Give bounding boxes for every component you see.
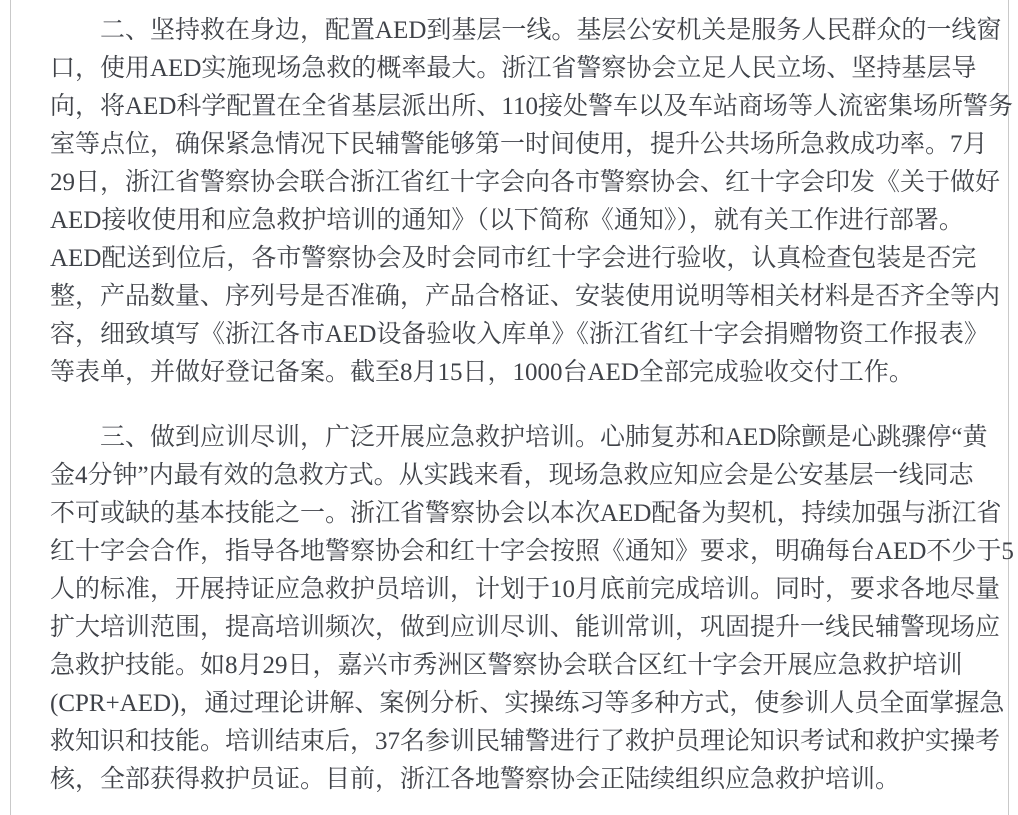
text-line: AED接收使用和应急救护培训的通知》（以下简称《通知》），就有关工作进行部署。: [50, 202, 990, 240]
text-line: 等表单，并做好登记备案。截至8月15日，1000台AED全部完成验收交付工作。: [50, 354, 990, 392]
text-line: 急救护技能。如8月29日，嘉兴市秀洲区警察协会联合区红十字会开展应急救护培训: [50, 647, 990, 685]
text-line: (CPR+AED)，通过理论讲解、案例分析、实操练习等多种方式，使参训人员全面掌…: [50, 685, 990, 723]
text-line: 人的标准，开展持证应急救护员培训，计划于10月底前完成培训。同时，要求各地尽量: [50, 571, 990, 609]
text-line: 红十字会合作，指导各地警察协会和红十字会按照《通知》要求，明确每台AED不少于5: [50, 533, 990, 571]
text-line: 金4分钟”内最有效的急救方式。从实践来看，现场急救应知应会是公安基层一线同志: [50, 457, 990, 495]
text-line: 三、做到应训尽训，广泛开展应急救护培训。心肺复苏和AED除颤是心跳骤停“黄: [50, 419, 990, 457]
text-line: 口，使用AED实施现场急救的概率最大。浙江省警察协会立足人民立场、坚持基层导: [50, 50, 990, 88]
document-page: 二、坚持救在身边，配置AED到基层一线。基层公安机关是服务人民群众的一线窗 口，…: [10, 0, 1009, 815]
text-line: 室等点位，确保紧急情况下民辅警能够第一时间使用，提升公共场所急救成功率。7月: [50, 126, 990, 164]
text-line: 容，细致填写《浙江各市AED设备验收入库单》《浙江省红十字会捐赠物资工作报表》: [50, 316, 990, 354]
text-line: 不可或缺的基本技能之一。浙江省警察协会以本次AED配备为契机，持续加强与浙江省: [50, 495, 990, 533]
text-line: AED配送到位后，各市警察协会及时会同市红十字会进行验收，认真检查包装是否完: [50, 240, 990, 278]
text-line: 29日，浙江省警察协会联合浙江省红十字会向各市警察协会、红十字会印发《关于做好: [50, 164, 990, 202]
text-line: 救知识和技能。培训结束后，37名参训民辅警进行了救护员理论知识考试和救护实操考: [50, 723, 990, 761]
text-line: 扩大培训范围，提高培训频次，做到应训尽训、能训常训，巩固提升一线民辅警现场应: [50, 609, 990, 647]
text-line: 整，产品数量、序列号是否准确，产品合格证、安装使用说明等相关材料是否齐全等内: [50, 278, 990, 316]
text-line: 向，将AED科学配置在全省基层派出所、110接处警车以及车站商场等人流密集场所警…: [50, 88, 990, 126]
paragraph-aed-deployment: 二、坚持救在身边，配置AED到基层一线。基层公安机关是服务人民群众的一线窗 口，…: [50, 12, 990, 392]
paragraph-training: 三、做到应训尽训，广泛开展应急救护培训。心肺复苏和AED除颤是心跳骤停“黄 金4…: [50, 419, 990, 799]
text-line: 核，全部获得救护员证。目前，浙江各地警察协会正陆续组织应急救护培训。: [50, 761, 990, 799]
text-line: 二、坚持救在身边，配置AED到基层一线。基层公安机关是服务人民群众的一线窗: [50, 12, 990, 50]
